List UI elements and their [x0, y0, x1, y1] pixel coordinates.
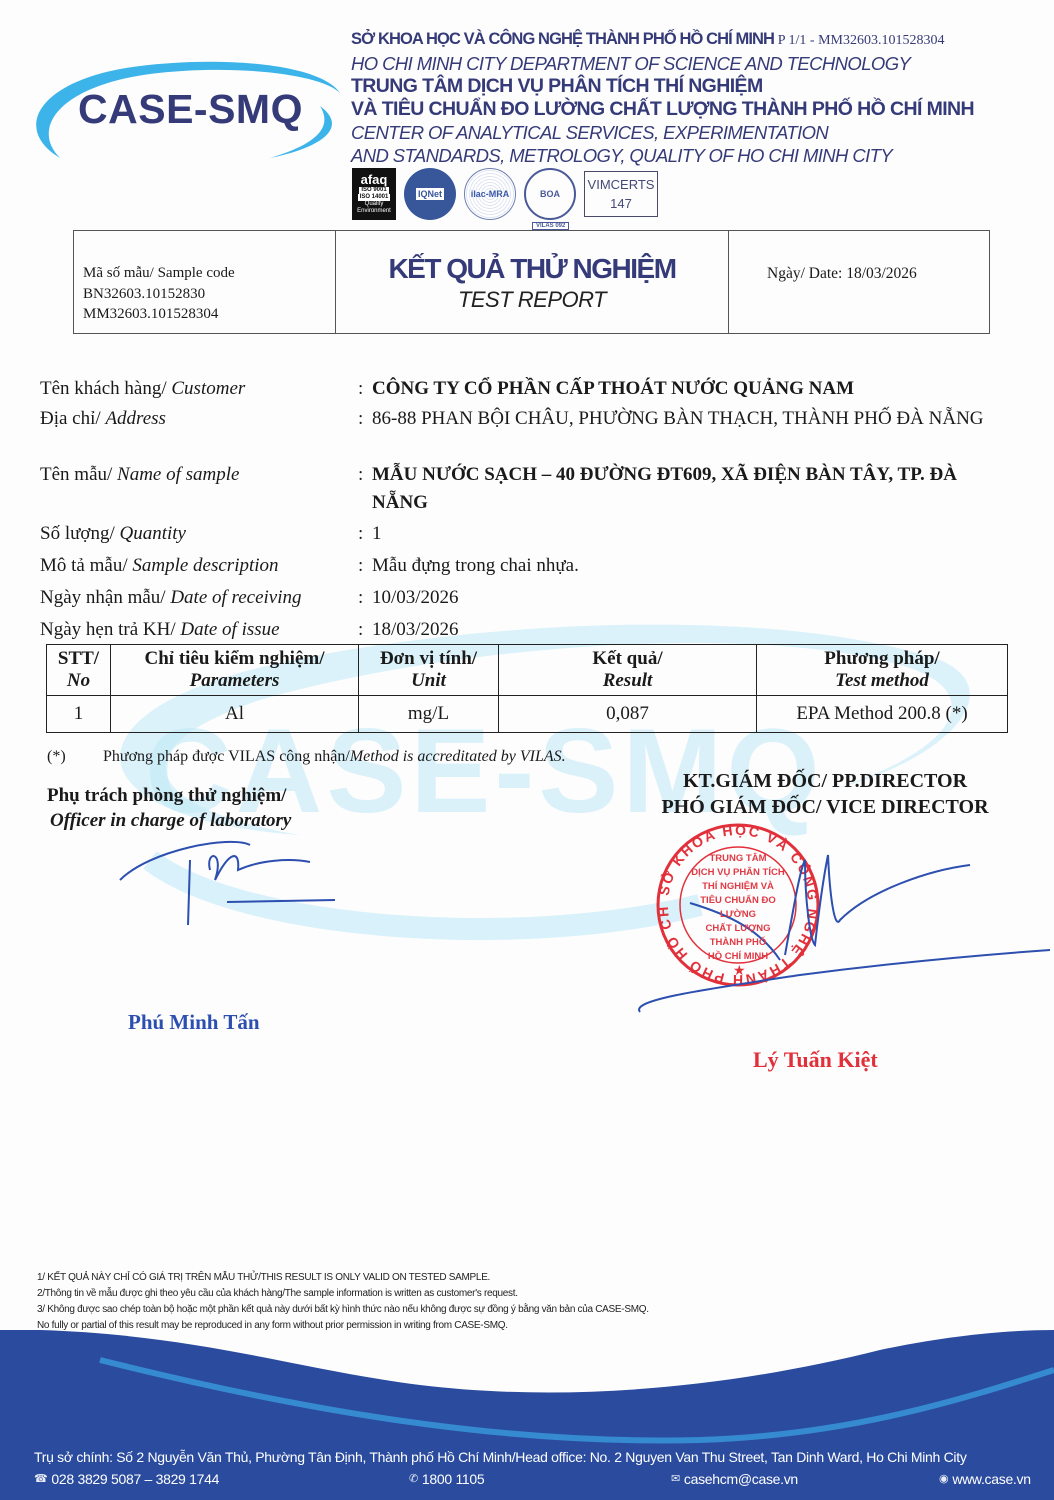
stamp-line: HỒ CHÍ MINH: [686, 950, 790, 964]
afaq-iso-logo: afaq ISO 9001 ISO 14001 Quality Environm…: [352, 168, 396, 220]
stamp-line: TIÊU CHUẨN ĐO LƯỜNG: [686, 894, 790, 922]
info-label: Địa chỉ/ Address: [40, 405, 358, 433]
globe-icon: ◉: [939, 1468, 948, 1490]
stamp-line: CHẤT LƯỢNG: [686, 922, 790, 936]
cell-unit: mg/L: [359, 696, 499, 733]
footer-address: Trụ sở chính: Số 2 Nguyễn Văn Thủ, Phườn…: [34, 1446, 1049, 1468]
info-row: Tên khách hàng/ Customer:CÔNG TY CỔ PHẦN…: [40, 375, 1010, 403]
stamp-line: THÍ NGHIỆM VÀ: [686, 880, 790, 894]
director-title-2: PHÓ GIÁM ĐỐC/ VICE DIRECTOR: [645, 794, 1005, 820]
col-test-method: Phương pháp/Test method: [757, 645, 1008, 696]
svg-text:★: ★: [733, 964, 746, 979]
info-label: Tên mẫu/ Name of sample: [40, 461, 358, 517]
disclaimer-2: 2/Thông tin về mẫu được ghi theo yêu cầu…: [37, 1286, 649, 1302]
page-reference: P 1/1 - MM32603.101528304: [778, 33, 945, 48]
info-label: Mô tả mẫu/ Sample description: [40, 552, 358, 580]
cell-parameter: Al: [111, 696, 359, 733]
disclaimers: 1/ KẾT QUẢ NÀY CHỈ CÓ GIÁ TRỊ TRÊN MẪU T…: [37, 1270, 649, 1334]
info-row: Ngày nhận mẫu/ Date of receiving:10/03/2…: [40, 584, 1010, 612]
info-value: :86-88 PHAN BỘI CHÂU, PHƯỜNG BÀN THẠCH, …: [358, 405, 1010, 433]
organization-header: SỞ KHOA HỌC VÀ CÔNG NGHỆ THÀNH PHỐ HỒ CH…: [351, 28, 1041, 167]
info-row: Số lượng/ Quantity:1: [40, 520, 1010, 548]
info-label: Tên khách hàng/ Customer: [40, 375, 358, 403]
note-text-en: Method is accreditated by VILAS.: [350, 748, 566, 766]
footer-website[interactable]: ◉www.case.vn: [939, 1468, 1031, 1490]
cell-result: 0,087: [499, 696, 757, 733]
info-value: :MẪU NƯỚC SẠCH – 40 ĐƯỜNG ĐT609, XÃ ĐIỆN…: [358, 461, 1010, 517]
lab-officer-name: Phú Minh Tấn: [128, 1010, 260, 1035]
sample-code-label: Mã số mẫu/ Sample code: [83, 263, 335, 284]
stamp-inner-text: TRUNG TÂMDỊCH VỤ PHÂN TÍCHTHÍ NGHIỆM VÀT…: [686, 852, 790, 964]
col-result: Kết quả/Result: [499, 645, 757, 696]
lab-officer-title: Phụ trách phòng thử nghiệm/ Officer in c…: [47, 783, 291, 833]
col-no: STT/No: [47, 645, 111, 696]
disclaimer-3: 3/ Không được sao chép toàn bộ hoặc một …: [37, 1302, 649, 1318]
footer: Trụ sở chính: Số 2 Nguyễn Văn Thủ, Phườn…: [34, 1446, 1049, 1490]
center-name-en-1: CENTER OF ANALYTICAL SERVICES, EXPERIMEN…: [351, 121, 1041, 144]
lab-officer-title-en: Officer in charge of laboratory: [47, 808, 291, 833]
dept-name-en: HO CHI MINH CITY DEPARTMENT OF SCIENCE A…: [351, 52, 1041, 75]
case-smq-logo: CASE-SMQ: [20, 58, 350, 168]
hotline-icon: ✆: [409, 1468, 418, 1490]
certification-logos: afaq ISO 9001 ISO 14001 Quality Environm…: [352, 163, 658, 225]
stamp-line: DỊCH VỤ PHÂN TÍCH: [686, 866, 790, 880]
footer-phone: ☎028 3829 5087 – 3829 1744: [34, 1468, 409, 1490]
info-value: :1: [358, 520, 1010, 548]
footer-hotline: ✆1800 1105: [409, 1468, 671, 1490]
boa-vilas-logo: BOAVILAS 092: [524, 168, 576, 220]
director-name: Lý Tuấn Kiệt: [753, 1047, 878, 1073]
director-title-1: KT.GIÁM ĐỐC/ PP.DIRECTOR: [645, 768, 1005, 794]
info-row: Địa chỉ/ Address:86-88 PHAN BỘI CHÂU, PH…: [40, 405, 1010, 433]
col-parameters: Chỉ tiêu kiểm nghiệm/Parameters: [111, 645, 359, 696]
sample-code-cell: Mã số mẫu/ Sample code BN32603.10152830 …: [74, 231, 336, 333]
iqnet-logo: IQNet: [404, 168, 456, 220]
accreditation-note: (*) Phương pháp được VILAS công nhận/ Me…: [47, 748, 566, 766]
report-title-cell: KẾT QUẢ THỬ NGHIỆM TEST REPORT: [336, 231, 729, 333]
footer-email[interactable]: ✉casehcm@case.vn: [671, 1468, 939, 1490]
results-table: STT/No Chỉ tiêu kiểm nghiệm/Parameters Đ…: [46, 644, 1008, 733]
report-title-en: TEST REPORT: [336, 287, 728, 313]
logo-text: CASE-SMQ: [78, 86, 303, 133]
info-value: :Mẫu đựng trong chai nhựa.: [358, 552, 1010, 580]
table-row: 1 Al mg/L 0,087 EPA Method 200.8 (*): [47, 696, 1008, 733]
note-text-vi: Phương pháp được VILAS công nhận/: [103, 748, 350, 766]
report-title-vi: KẾT QUẢ THỬ NGHIỆM: [336, 253, 728, 285]
cell-no: 1: [47, 696, 111, 733]
info-value: :10/03/2026: [358, 584, 1010, 612]
phone-icon: ☎: [34, 1468, 47, 1490]
lab-officer-title-vi: Phụ trách phòng thử nghiệm/: [47, 785, 286, 806]
info-value: :18/03/2026: [358, 616, 1010, 644]
dept-name-vi: SỞ KHOA HỌC VÀ CÔNG NGHỆ THÀNH PHỐ HỒ CH…: [351, 30, 774, 48]
center-name-vi-1: TRUNG TÂM DỊCH VỤ PHÂN TÍCH THÍ NGHIỆM: [351, 75, 1041, 98]
sample-code-2: MM32603.101528304: [83, 304, 335, 325]
cell-method: EPA Method 200.8 (*): [757, 696, 1008, 733]
stamp-line: THÀNH PHỐ: [686, 936, 790, 950]
center-name-vi-2: VÀ TIÊU CHUẨN ĐO LƯỜNG CHẤT LƯỢNG THÀNH …: [351, 98, 1041, 121]
sample-code-1: BN32603.10152830: [83, 284, 335, 305]
ilac-mra-logo: ilac-MRA: [464, 168, 516, 220]
info-label: Ngày hẹn trả KH/ Date of issue: [40, 616, 358, 644]
footer-contacts: ☎028 3829 5087 – 3829 1744 ✆1800 1105 ✉c…: [34, 1468, 1049, 1490]
info-value: :CÔNG TY CỔ PHẦN CẤP THOÁT NƯỚC QUẢNG NA…: [358, 375, 1010, 403]
director-title: KT.GIÁM ĐỐC/ PP.DIRECTOR PHÓ GIÁM ĐỐC/ V…: [645, 768, 1005, 820]
stamp-line: TRUNG TÂM: [686, 852, 790, 866]
vimcerts-badge: VIMCERTS 147: [584, 171, 658, 217]
email-icon: ✉: [671, 1468, 680, 1490]
info-row: Mô tả mẫu/ Sample description:Mẫu đựng t…: [40, 552, 1010, 580]
disclaimer-1: 1/ KẾT QUẢ NÀY CHỈ CÓ GIÁ TRỊ TRÊN MẪU T…: [37, 1270, 649, 1286]
signature-left-icon: [120, 842, 335, 925]
info-label: Ngày nhận mẫu/ Date of receiving: [40, 584, 358, 612]
col-unit: Đơn vị tính/Unit: [359, 645, 499, 696]
report-date: Ngày/ Date: 18/03/2026: [729, 231, 989, 333]
info-label: Số lượng/ Quantity: [40, 520, 358, 548]
info-row: Tên mẫu/ Name of sample:MẪU NƯỚC SẠCH – …: [40, 461, 1010, 517]
info-row: Ngày hẹn trả KH/ Date of issue:18/03/202…: [40, 616, 1010, 644]
note-mark: (*): [47, 748, 103, 766]
results-header-row: STT/No Chỉ tiêu kiểm nghiệm/Parameters Đ…: [47, 645, 1008, 696]
report-title-box: Mã số mẫu/ Sample code BN32603.10152830 …: [73, 230, 990, 334]
